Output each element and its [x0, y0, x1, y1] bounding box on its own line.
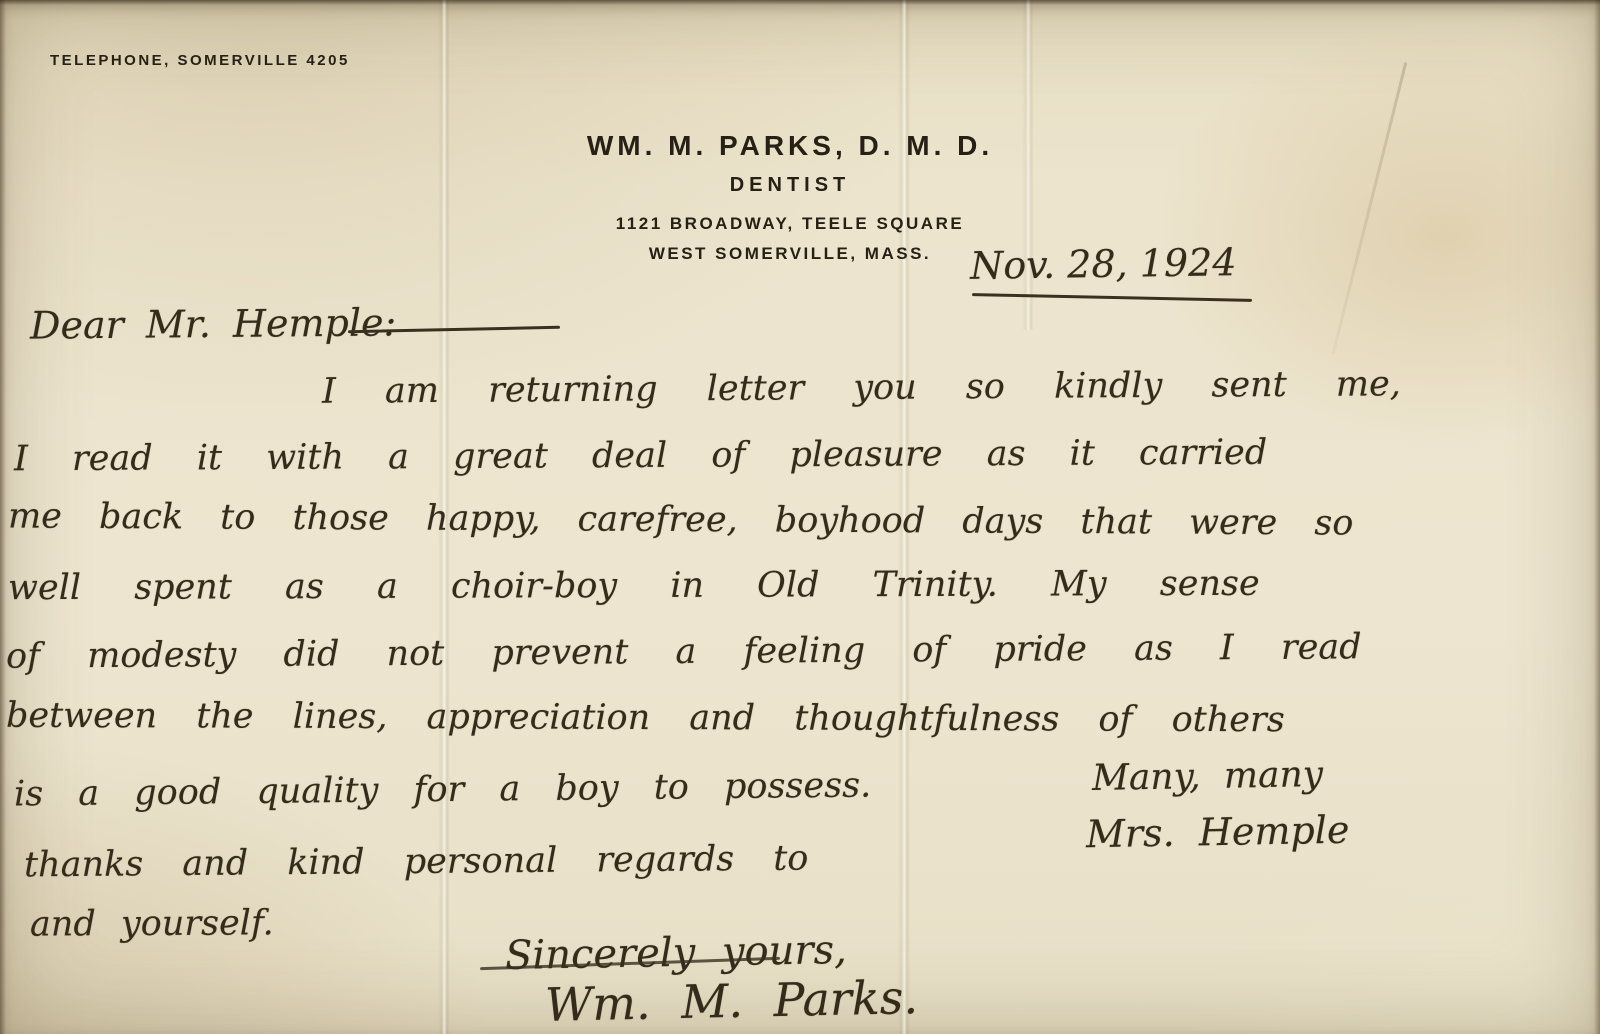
body-line: of modesty did not prevent a feeling of … [6, 627, 1362, 676]
paper-edge-shadow [1594, 0, 1600, 1034]
letterhead-telephone: TELEPHONE, SOMERVILLE 4205 [50, 52, 350, 69]
salutation: Dear Mr. Hemple: [30, 300, 397, 347]
signature: Wm. M. Parks. [544, 970, 918, 1032]
paper-edge-shadow [0, 0, 1600, 5]
body-aside-line: Mrs. Hemple [1086, 808, 1350, 857]
letterhead-address: 1121 BROADWAY, TEELE SQUARE [400, 214, 1180, 234]
scanned-letter-page: TELEPHONE, SOMERVILLE 4205 WM. M. PARKS,… [0, 0, 1600, 1034]
body-line: thanks and kind personal regards to [24, 839, 809, 886]
closing: Sincerely yours, [505, 927, 847, 979]
letterhead-name: WM. M. PARKS, D. M. D. [400, 130, 1180, 162]
body-line: and yourself. [30, 903, 274, 944]
letterhead-profession: DENTIST [400, 174, 1180, 197]
body-aside-line: Many, many [1092, 754, 1324, 799]
body-line: I read it with a great deal of pleasure … [14, 433, 1267, 480]
corner-crumple-crease [1332, 62, 1407, 354]
body-line: I am returning letter you so kindly sent… [322, 364, 1401, 412]
date-underline-stroke [972, 293, 1252, 302]
body-line: well spent as a choir-boy in Old Trinity… [8, 564, 1260, 608]
handwritten-date: Nov. 28, 1924 [970, 240, 1237, 288]
paper-edge-shadow [0, 0, 6, 1034]
body-line: me back to those happy, carefree, boyhoo… [8, 496, 1354, 543]
body-line: is a good quality for a boy to possess. [14, 766, 872, 815]
body-line: between the lines, appreciation and thou… [6, 696, 1285, 740]
